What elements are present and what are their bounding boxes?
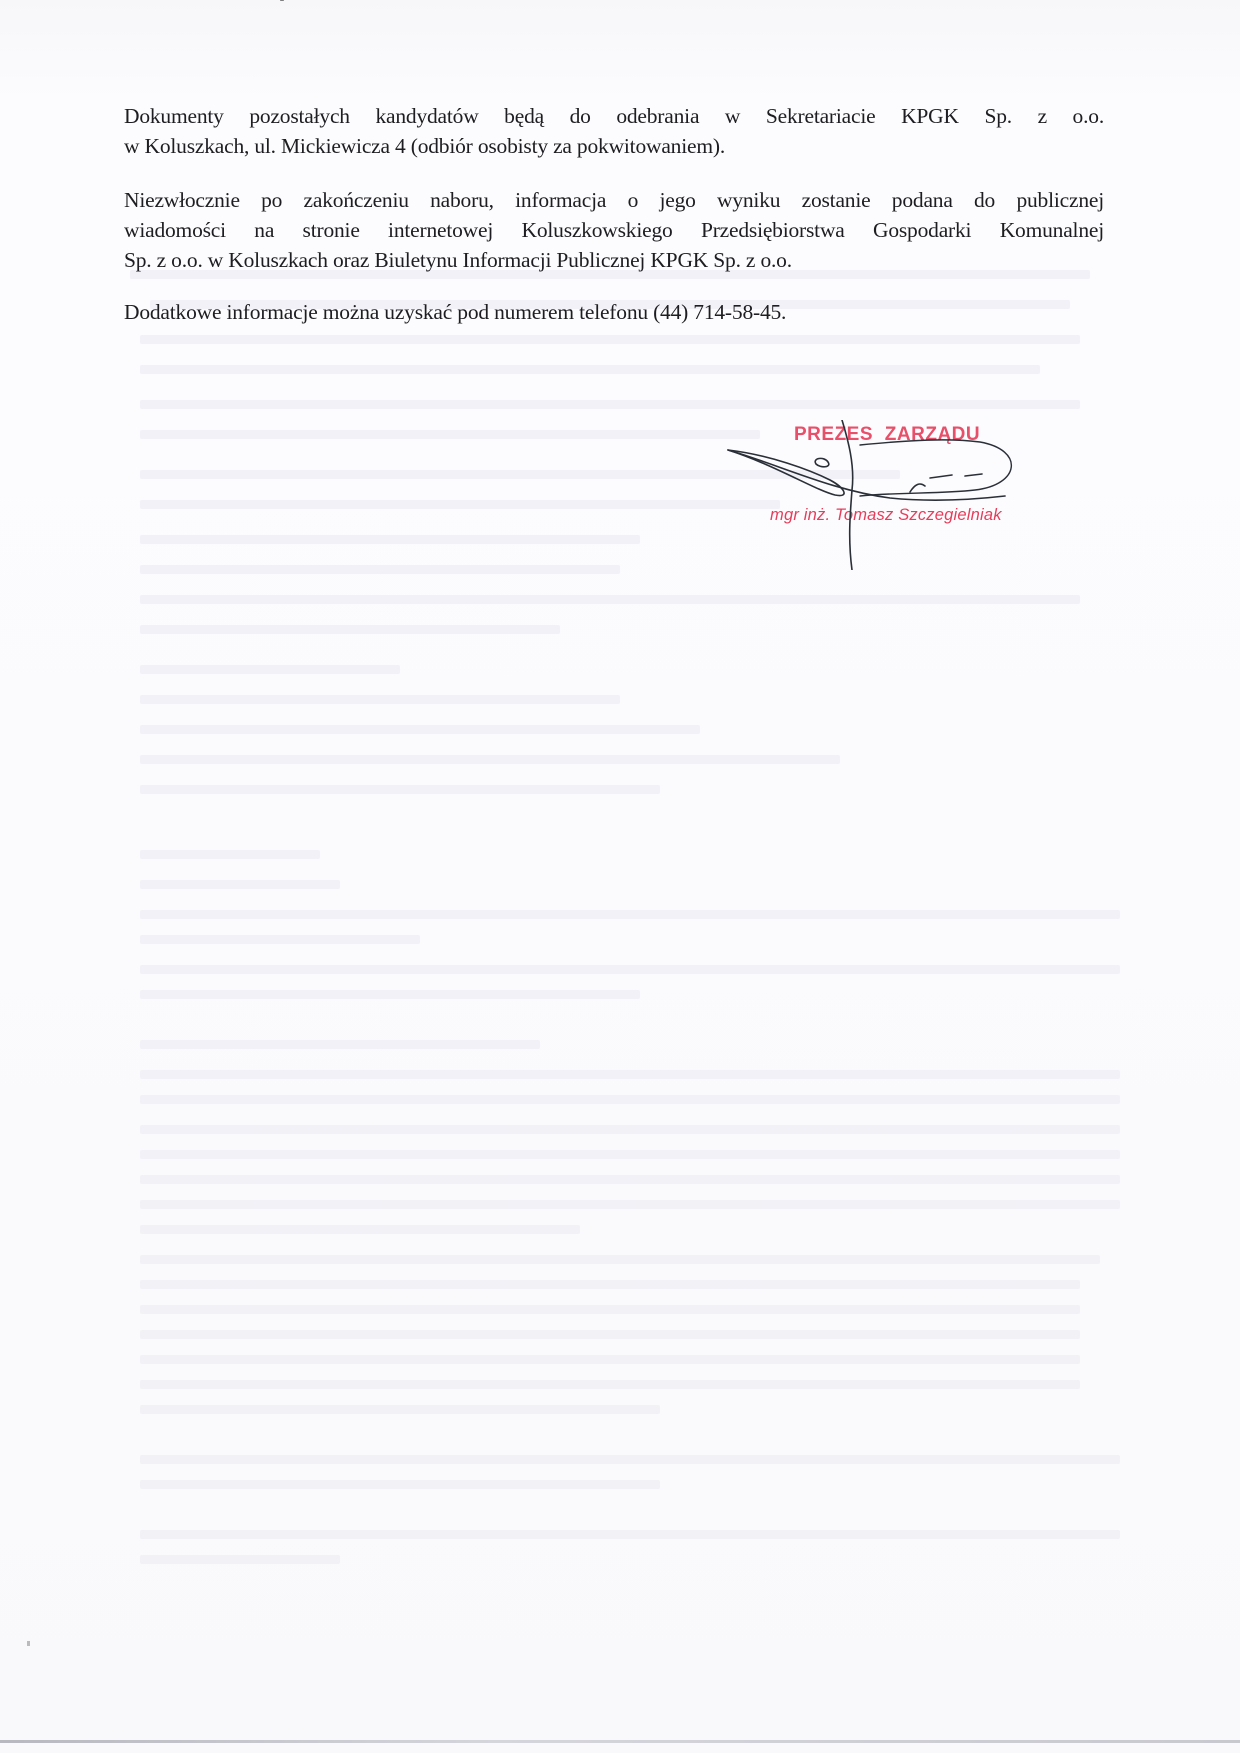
paragraph-line: Dokumenty pozostałych kandydatów będą do… [124, 101, 1104, 131]
bleed-line [140, 400, 1080, 409]
scan-bottom-edge [0, 1740, 1240, 1743]
bleed-line [140, 755, 840, 764]
paragraph-line: wiadomości na stronie internetowej Kolus… [124, 215, 1104, 245]
scanned-page: ˉ Dokumenty pozostałych kandydatów będą … [0, 0, 1240, 1753]
bleed-line [140, 1455, 1120, 1464]
bleed-line [140, 1200, 1120, 1209]
bleed-line [140, 565, 620, 574]
bleed-line [140, 595, 1080, 604]
bleed-line [140, 535, 640, 544]
bleed-line [140, 785, 660, 794]
bleed-line [140, 365, 1040, 374]
bleed-line [140, 1355, 1080, 1364]
bleed-line [140, 625, 560, 634]
paragraph-results-notice: Niezwłocznie po zakończeniu naboru, info… [124, 185, 1104, 275]
bleed-line [140, 500, 780, 509]
bleed-line [140, 1125, 1120, 1134]
bleed-line [140, 665, 400, 674]
bleed-line [140, 1330, 1080, 1339]
bleed-line [140, 1175, 1120, 1184]
bleed-line [140, 990, 640, 999]
bleed-line [140, 965, 1120, 974]
bleed-line [140, 1070, 1120, 1079]
bleed-line [140, 430, 760, 439]
bleed-line [140, 1555, 340, 1564]
bleed-line [140, 1305, 1080, 1314]
scan-mark: ˉ [280, 0, 288, 6]
paragraph-documents-return: Dokumenty pozostałych kandydatów będą do… [124, 101, 1104, 161]
bleed-line [140, 1380, 1080, 1389]
scan-speck [27, 1641, 30, 1646]
paragraph-line: Dodatkowe informacje można uzyskać pod n… [124, 297, 1104, 327]
bleed-line [140, 1225, 580, 1234]
bleed-line [140, 1530, 1120, 1539]
bleed-line [140, 1405, 660, 1414]
paragraph-line: Sp. z o.o. w Koluszkach oraz Biuletynu I… [124, 245, 1104, 275]
bleed-line [140, 335, 1080, 344]
bleed-line [140, 850, 320, 859]
bleed-line [140, 1480, 660, 1489]
paragraph-line: Niezwłocznie po zakończeniu naboru, info… [124, 185, 1104, 215]
bleed-line [140, 1095, 1120, 1104]
paragraph-line: w Koluszkach, ul. Mickiewicza 4 (odbiór … [124, 131, 1104, 161]
bleed-line [140, 1150, 1120, 1159]
bleed-line [140, 725, 700, 734]
bleed-line [140, 935, 420, 944]
handwritten-signature [720, 420, 1040, 570]
bleed-line [140, 695, 620, 704]
bleed-line [140, 880, 340, 889]
bleed-line [140, 1040, 540, 1049]
paragraph-contact: Dodatkowe informacje można uzyskać pod n… [124, 297, 1104, 327]
bleed-line [140, 1255, 1100, 1264]
bleed-line [140, 910, 1120, 919]
bleed-line [140, 1280, 1080, 1289]
